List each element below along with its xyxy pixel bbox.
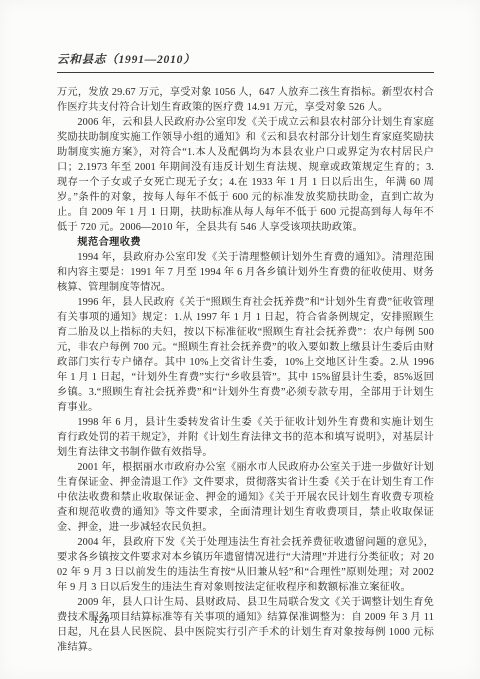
body-paragraph: 2001 年，根据丽水市政府办公室《丽水市人民政府办公室关于进一步做好计划生育保… <box>57 460 434 535</box>
page-body: 万元，发放 29.67 万元，享受对象 1056 人，647 人放弃二孩生育指标… <box>57 85 434 655</box>
section-heading: 规范合理收费 <box>57 235 434 250</box>
book-page: 云和县志（1991—2010） 万元，发放 29.67 万元，享受对象 1056… <box>0 0 480 679</box>
body-paragraph: 2004 年，县政府下发《关于处理违法生育社会抚养费征收遗留问题的意见》，要求各… <box>57 535 434 595</box>
body-paragraph: 1998 年 6 月，县计生委转发省计生委《关于征收计划外生育费和实施计划生育行… <box>57 415 434 460</box>
body-paragraph: 2009 年，县人口计生局、县财政局、县卫生局联合发文《关于调整计划生育免费技术… <box>57 595 434 655</box>
page-number: 120 <box>93 616 110 626</box>
running-header-title: 云和县志（1991—2010） <box>57 54 196 66</box>
body-paragraph: 万元，发放 29.67 万元，享受对象 1056 人，647 人放弃二孩生育指标… <box>57 85 434 115</box>
page-content: 云和县志（1991—2010） 万元，发放 29.67 万元，享受对象 1056… <box>57 50 434 655</box>
body-paragraph: 1994 年，县政府办公室印发《关于清理整顿计划外生育费的通知》。清理范围和内容… <box>57 250 434 295</box>
running-header: 云和县志（1991—2010） <box>57 50 434 73</box>
body-paragraph: 2006 年，云和县人民政府办公室印发《关于成立云和县农村部分计划生育家庭奖励扶… <box>57 115 434 235</box>
body-paragraph: 1996 年，县人民政府《关于“照顾生育社会抚养费”和“计划外生育费”征收管理有… <box>57 295 434 415</box>
